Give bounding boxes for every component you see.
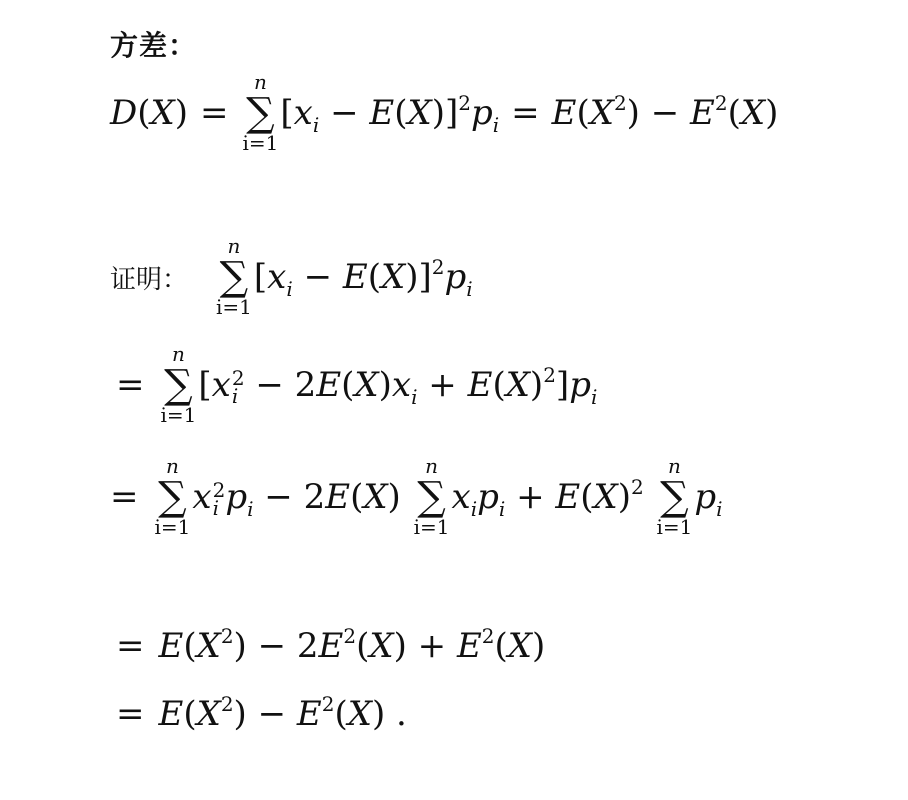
sigma-symbol: ∑ bbox=[158, 478, 187, 516]
variance-definition: D(X) = n ∑ i=1 [xi − E(X)]2pi = E(X2) − … bbox=[110, 72, 778, 154]
sigma-symbol: ∑ bbox=[220, 258, 249, 296]
section-heading-variance: 方差： bbox=[110, 24, 197, 64]
term-x-squared-p: x2ipi − 2E(X) bbox=[192, 477, 411, 517]
expanded-term: [x2i − 2E(X)xi + E(X)2]pi bbox=[198, 365, 597, 405]
summation: n ∑ i=1 bbox=[216, 236, 252, 318]
sum-lower: i=1 bbox=[161, 404, 197, 426]
sum-lower: i=1 bbox=[216, 296, 252, 318]
sum-lower: i=1 bbox=[657, 516, 693, 538]
term-x-p: xipi + E(X)2 bbox=[452, 477, 655, 517]
document-page: 方差： D(X) = n ∑ i=1 [xi − E(X)]2pi = E(X2… bbox=[0, 0, 908, 800]
equals-sign: = bbox=[511, 93, 540, 133]
equals-sign: = bbox=[116, 694, 145, 734]
sum-lower: i=1 bbox=[243, 132, 279, 154]
sigma-symbol: ∑ bbox=[417, 478, 446, 516]
term-p: pi bbox=[694, 477, 722, 517]
summation: n ∑ i=1 bbox=[155, 456, 191, 538]
squared-deviation-term: [xi − E(X)]2pi bbox=[280, 93, 499, 133]
equals-sign: = bbox=[200, 93, 229, 133]
lhs-dx: D(X) bbox=[110, 93, 188, 133]
rhs-result: E(X2) − E2(X) bbox=[552, 93, 779, 133]
sigma-symbol: ∑ bbox=[660, 478, 689, 516]
equals-sign: = bbox=[116, 626, 145, 666]
sum-lower: i=1 bbox=[155, 516, 191, 538]
equals-sign: = bbox=[116, 365, 145, 405]
proof-step-3: = n ∑ i=1 x2ipi − 2E(X) n ∑ i=1 xipi + E… bbox=[110, 456, 723, 538]
proof-step-5: = E(X2) − E2(X) . bbox=[116, 694, 407, 734]
summation: n ∑ i=1 bbox=[657, 456, 693, 538]
final-result: E(X2) − E2(X) . bbox=[159, 694, 407, 734]
sigma-symbol: ∑ bbox=[164, 366, 193, 404]
summation: n ∑ i=1 bbox=[161, 344, 197, 426]
summation: n ∑ i=1 bbox=[243, 72, 279, 154]
sum-lower: i=1 bbox=[414, 516, 450, 538]
squared-deviation-term: [xi − E(X)]2pi bbox=[254, 257, 473, 297]
proof-step-4: = E(X2) − 2E2(X) + E2(X) bbox=[116, 626, 545, 666]
equals-sign: = bbox=[110, 477, 139, 517]
proof-step-2: = n ∑ i=1 [x2i − 2E(X)xi + E(X)2]pi bbox=[116, 344, 597, 426]
proof-step-1: 证明： n ∑ i=1 [xi − E(X)]2pi bbox=[110, 236, 473, 318]
simplified-expression: E(X2) − 2E2(X) + E2(X) bbox=[159, 626, 546, 666]
proof-label: 证明： bbox=[110, 259, 188, 296]
sigma-symbol: ∑ bbox=[246, 94, 275, 132]
summation: n ∑ i=1 bbox=[414, 456, 450, 538]
